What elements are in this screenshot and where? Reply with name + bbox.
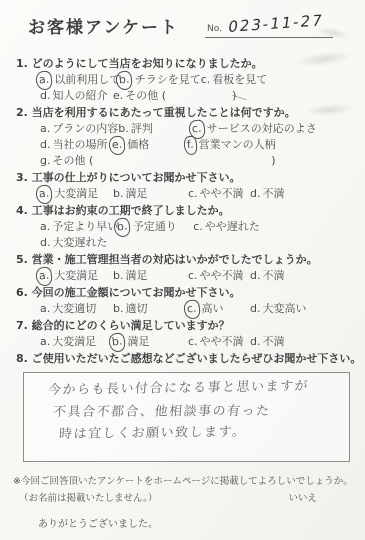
option-label: チラシを見て (135, 72, 201, 88)
question-block: 3. 工事の仕上がりについてお聞かせ下さい。a.大変満足b.満足c.やや不満d.… (16, 170, 349, 202)
option-label: 不満 (262, 334, 284, 350)
question-text: 5. 営業・施工管理担当者の対応はいかがでしたでしょうか。 (16, 252, 349, 268)
selected-answer-circle: a. (35, 266, 53, 287)
options-row: d.大変遅れた (16, 235, 349, 251)
homepage-permission-note: ※今回ご回答頂いたアンケートをホームページに掲載してよろしいでしょうか。 (13, 473, 349, 487)
close-paren: ) (271, 153, 275, 169)
option-label: 大変遅れた (52, 235, 107, 251)
option-a: a.大変満足 (40, 186, 113, 202)
option-key: e. (113, 88, 123, 104)
option-key: d. (40, 137, 50, 153)
options-row: a.大変満足b.満足c.やや不満d.不満 (16, 334, 349, 350)
close-paren: ) (232, 88, 236, 104)
question-block: 2. 当店を利用するにあたって重視したことは何ですか。a.プランの内容b.評判c… (16, 105, 349, 169)
option-label: その他 ( (125, 88, 166, 104)
question-block: 1. どのようにして当店をお知りになりましたか。a.以前利用してb.チラシを見て… (16, 56, 349, 104)
option-c: c.高い (188, 301, 250, 317)
option-key: d. (250, 301, 260, 317)
options-row: g.その他 () (16, 153, 349, 169)
option-key: b. (113, 186, 123, 202)
option-label: 大変満足 (54, 268, 98, 284)
option-a: a.大変適切 (40, 301, 113, 317)
handwritten-comment-line: 時は宜しくお願い致します。 (58, 420, 350, 446)
option-label: 不満 (262, 186, 284, 202)
option-label: 評判 (131, 121, 153, 137)
question-block: 7. 総合的にどのくらい満足していますか？a.大変満足b.満足c.やや不満d.不… (16, 318, 349, 350)
permission-options-row: （お名前は掲載いたしません。） いいえ (16, 490, 349, 504)
question-text: 8. ご使用いただいたご感想などございましたらぜひお聞かせ下さい。 (16, 351, 349, 367)
option-key: d. (250, 268, 260, 284)
question-text: 3. 工事の仕上がりについてお聞かせ下さい。 (16, 170, 349, 186)
option-label: 知人の紹介 (52, 88, 107, 104)
option-label: 大変満足 (54, 186, 98, 202)
questions-list: 1. どのようにして当店をお知りになりましたか。a.以前利用してb.チラシを見て… (16, 56, 349, 367)
selected-answer-circle: a. (35, 184, 53, 205)
option-label: 満足 (125, 186, 147, 202)
question-block: 4. 工事はお約束の工期で終了しましたか。a.予定より早いb.予定通りc.やや遅… (16, 203, 349, 251)
option-label: その他 ( (52, 153, 93, 169)
option-label: 大変適切 (52, 301, 96, 317)
form-header: お客様アンケート No. 023-11-27 (28, 14, 349, 38)
option-a: a.大変満足 (40, 334, 113, 350)
survey-number-label: No. (207, 24, 222, 36)
option-label: やや不満 (200, 334, 244, 350)
option-a: a.大変満足 (40, 268, 113, 284)
option-b: b.評判 (118, 121, 193, 137)
option-key: c. (193, 219, 203, 235)
option-key: d. (40, 88, 50, 104)
option-b: b.満足 (113, 268, 188, 284)
option-d: d.当社の場所 (40, 137, 113, 153)
option-f: f.営業マンの人柄 (188, 137, 276, 153)
option-label: 大変高い (262, 301, 306, 317)
form-title: お客様アンケート (28, 13, 179, 38)
option-key: a. (40, 121, 50, 137)
option-key: c. (188, 186, 198, 202)
option-c: c.やや不満 (188, 334, 250, 350)
survey-number-field: No. 023-11-27 (205, 18, 333, 38)
thank-you-text: ありがとうございました。 (38, 515, 349, 530)
option-d: d.知人の紹介 (40, 88, 113, 104)
option-label: 価格 (127, 137, 149, 153)
option-d: d.不満 (250, 186, 284, 202)
handwritten-comment-line: 今からも長い付合になる事と思いますが (47, 375, 350, 402)
option-label: 予定通り (133, 219, 177, 235)
question-text: 1. どのようにして当店をお知りになりましたか。 (16, 56, 349, 72)
form-footer: ※今回ご回答頂いたアンケートをホームページに掲載してよろしいでしょうか。 （お名… (16, 473, 349, 530)
option-key: g. (40, 153, 50, 169)
option-c: c.やや不満 (188, 186, 250, 202)
option-key: b. (118, 121, 128, 137)
survey-number-handwritten: 023-11-27 (227, 11, 325, 36)
option-c: c.やや遅れた (193, 219, 260, 235)
question-text: 2. 当店を利用するにあたって重視したことは何ですか。 (16, 105, 349, 121)
option-key: b. (113, 268, 123, 284)
option-label: 大変満足 (52, 334, 96, 350)
option-label: 予定より早い (52, 219, 118, 235)
option-d: d.不満 (250, 334, 284, 350)
option-label: 営業マンの人柄 (199, 137, 276, 153)
question-block: 6. 今回の施工金額についてお聞かせ下さい。a.大変適切b.適切c.高いd.大変… (16, 285, 349, 317)
options-row: a.大変満足b.満足c.やや不満d.不満 (16, 186, 349, 202)
option-d: d.大変高い (250, 301, 306, 317)
option-key: b. (113, 301, 123, 317)
option-c: c.サービスの対応のよさ (193, 121, 317, 137)
question-text: 7. 総合的にどのくらい満足していますか？ (16, 318, 349, 334)
option-b: b.満足 (113, 334, 188, 350)
option-key: c. (188, 268, 198, 284)
options-row: a.予定より早いb.予定通りc.やや遅れた (16, 219, 349, 235)
option-label: 以前利用して (54, 72, 120, 88)
option-key: c. (188, 334, 198, 350)
option-b: b.満足 (113, 186, 188, 202)
scanned-survey-form: お客様アンケート No. 023-11-27 1. どのようにして当店をお知りに… (0, 0, 365, 540)
option-e: e.価格 (113, 137, 188, 153)
option-no: いいえ (288, 490, 317, 504)
option-key: a. (40, 219, 50, 235)
options-row: d.知人の紹介e.その他 () (16, 88, 349, 104)
question-text: 6. 今回の施工金額についてお聞かせ下さい。 (16, 285, 349, 301)
option-label: 満足 (127, 334, 149, 350)
option-c: c.看板を見て (201, 72, 268, 88)
option-label: 当社の場所 (52, 137, 107, 153)
option-key: d. (40, 235, 50, 251)
option-a: a.以前利用して (40, 72, 120, 88)
options-row: d.当社の場所e.価格f.営業マンの人柄 (16, 137, 349, 153)
option-label: プランの内容 (52, 121, 118, 137)
option-d: d.大変遅れた (40, 235, 113, 251)
option-key: d. (250, 186, 260, 202)
options-row: a.以前利用してb.チラシを見てc.看板を見て (16, 72, 349, 88)
question-block: 5. 営業・施工管理担当者の対応はいかがでしたでしょうか。a.大変満足b.満足c… (16, 252, 349, 284)
option-label: やや不満 (200, 268, 244, 284)
comment-box: 今からも長い付合になる事と思いますが 不具合不都合、他相談事の有った 時は宜しく… (23, 372, 350, 462)
option-key: a. (40, 334, 50, 350)
option-d: d.不満 (250, 268, 284, 284)
option-c: c.やや不満 (188, 268, 250, 284)
question-block: 8. ご使用いただいたご感想などございましたらぜひお聞かせ下さい。 (16, 351, 349, 367)
option-label: 適切 (125, 301, 147, 317)
option-label: やや不満 (200, 186, 244, 202)
options-row: a.大変満足b.満足c.やや不満d.不満 (16, 268, 349, 284)
option-g: g.その他 () (40, 153, 276, 169)
option-e: e.その他 () (113, 88, 236, 104)
option-key: d. (250, 334, 260, 350)
options-row: a.大変適切b.適切c.高いd.大変高い (16, 301, 349, 317)
options-row: a.プランの内容b.評判c.サービスの対応のよさ (16, 121, 349, 137)
option-b: b.チラシを見て (120, 72, 200, 88)
anonymity-note: （お名前は掲載いたしません。） (19, 490, 157, 504)
option-label: 看板を見て (212, 72, 267, 88)
option-a: a.予定より早い (40, 219, 118, 235)
option-label: やや遅れた (205, 219, 260, 235)
option-label: 高い (202, 301, 224, 317)
option-label: サービスの対応のよさ (207, 121, 317, 137)
question-text: 4. 工事はお約束の工期で終了しましたか。 (16, 203, 349, 219)
option-key: c. (201, 72, 211, 88)
option-a: a.プランの内容 (40, 121, 118, 137)
option-label: 満足 (125, 268, 147, 284)
option-b: b.予定通り (118, 219, 193, 235)
option-key: a. (40, 301, 50, 317)
option-b: b.適切 (113, 301, 188, 317)
option-label: 不満 (262, 268, 284, 284)
